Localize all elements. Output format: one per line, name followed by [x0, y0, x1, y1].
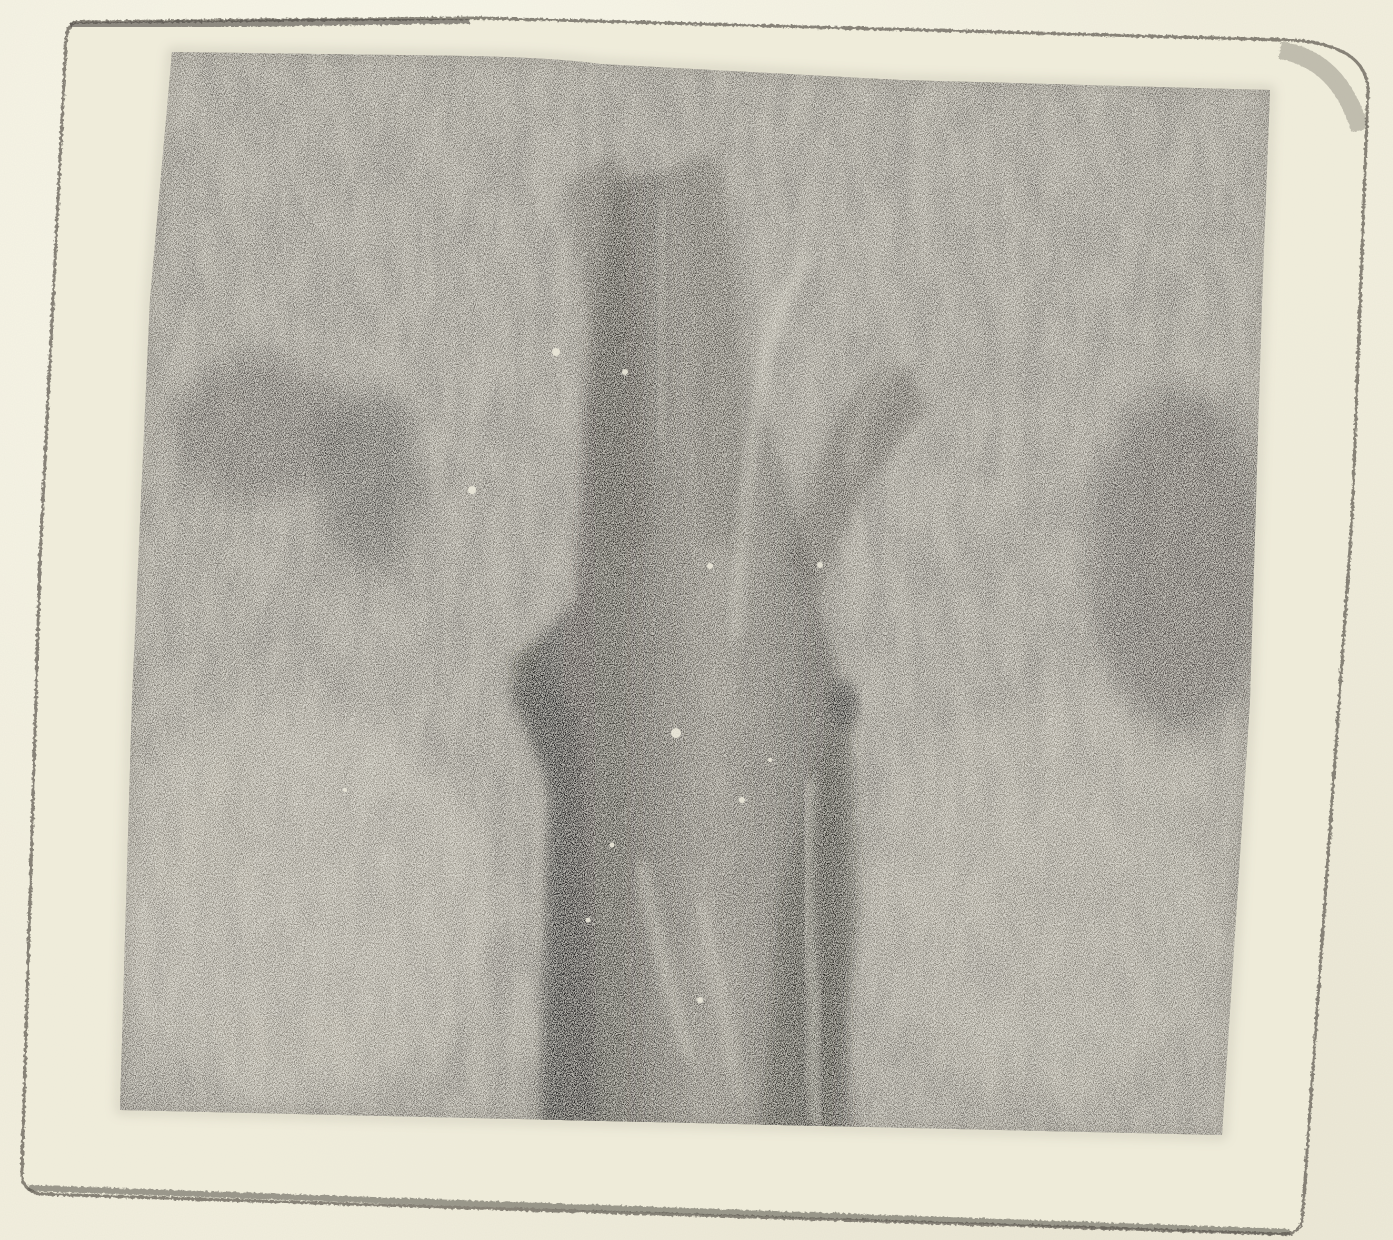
print-artwork: Monotype / intaglio print of a tree trun…: [0, 0, 1393, 1240]
tree-print-image: [0, 0, 1393, 1240]
